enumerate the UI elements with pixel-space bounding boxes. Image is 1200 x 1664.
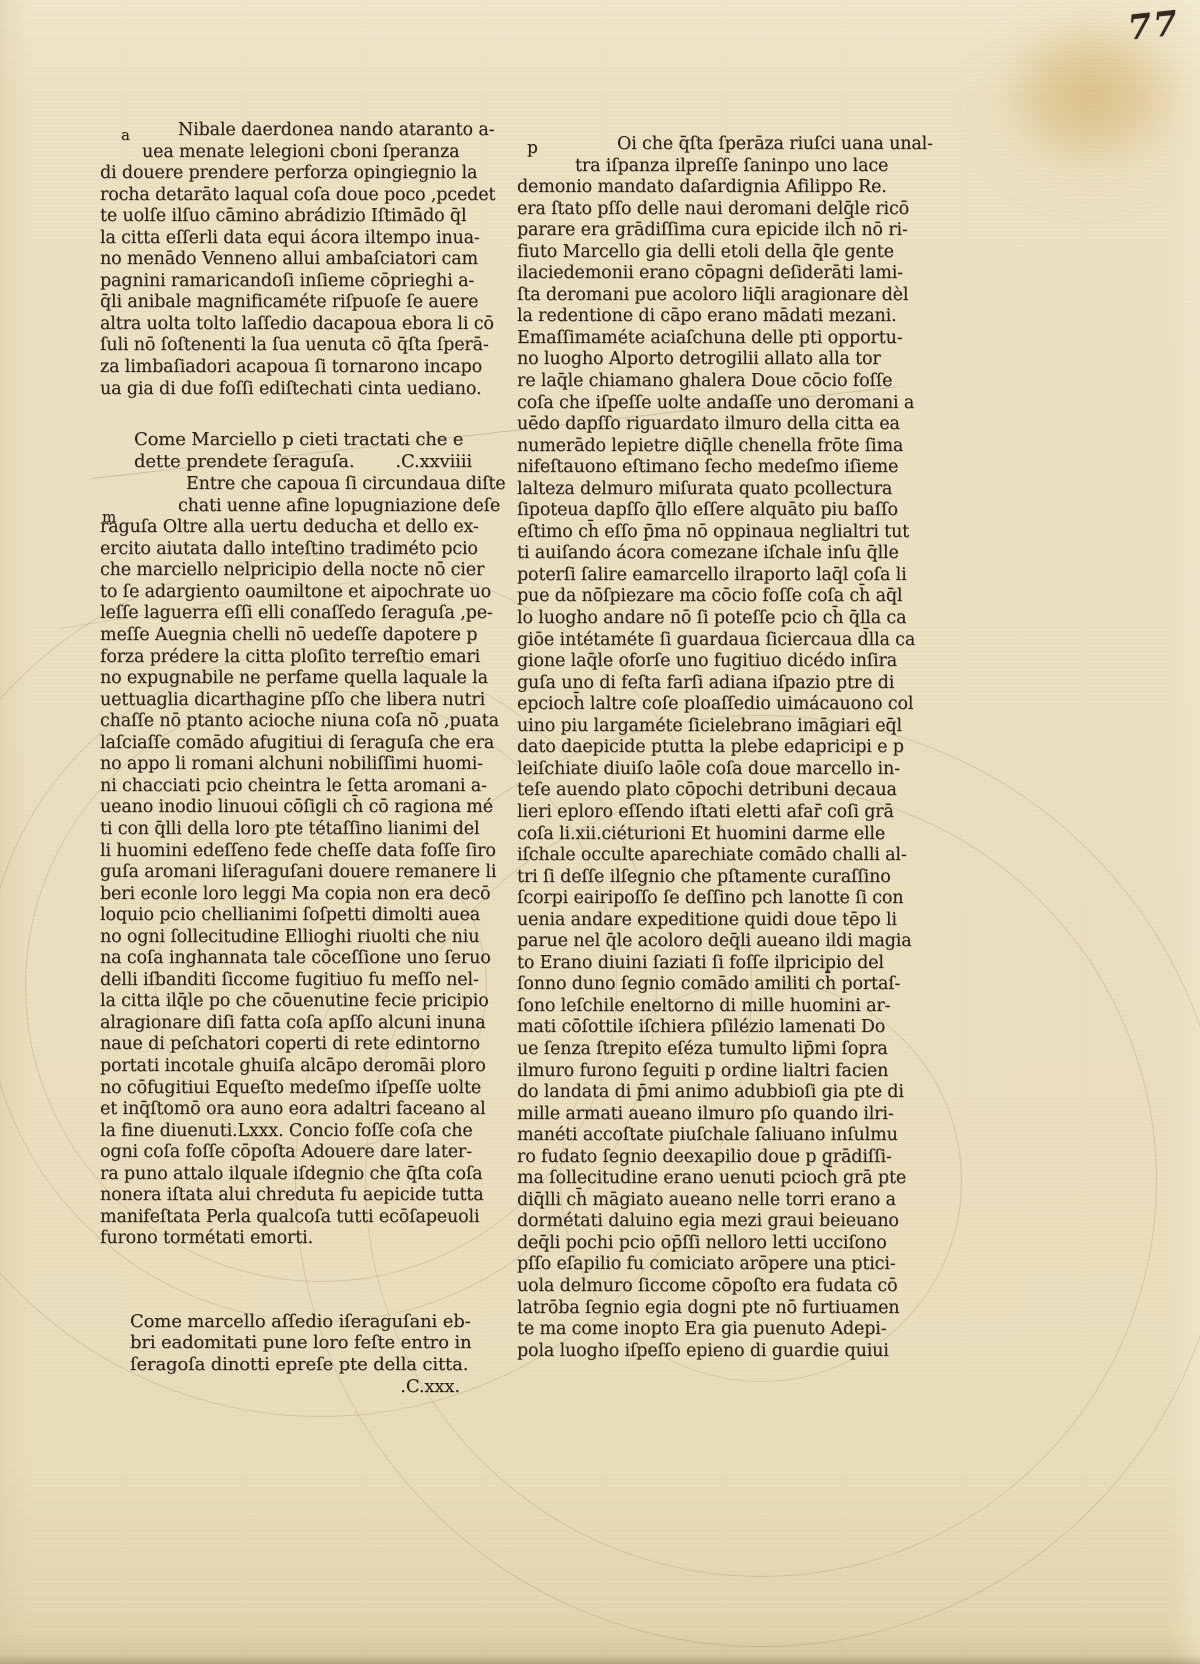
text-line: che marciello nelpricipio della nocte nō… [100, 560, 496, 582]
scanned-book-page: 77 a m p Nibale daerdonea nando ataranto… [0, 0, 1200, 1664]
text-line: guſa aromani liſeraguſani douere remaner… [100, 862, 496, 884]
text-line: numerādo lepietre diq̄lle chenella frōte… [517, 436, 909, 458]
chapter-number: .C.xxx. [130, 1373, 496, 1395]
text-line: lalteza delmuro miſurata quato pcollectu… [517, 479, 909, 501]
text-line: uettuaglia dicarthagine pſſo che libera … [100, 690, 496, 712]
text-line: di douere prendere perforza opingiegnio … [100, 163, 496, 185]
text-line: iſchale occulte aparechiate comādo chall… [517, 845, 909, 867]
text-line: q̄li anibale magnificaméte riſpuoſe ſe a… [100, 292, 496, 314]
text-line: no ogni ſollecitudine Ellioghi riuolti c… [100, 927, 496, 949]
text-line: altra uolta tolto laſſedio dacapoua ebor… [100, 314, 496, 336]
text-line: pola luogho iſpeſſo epieno di guardie qu… [517, 1341, 909, 1363]
text-line: manifeſtata Perla qualcoſa tutti ecōſape… [100, 1207, 496, 1229]
text-line: alragionare diſi fatta coſa apſſo alcuni… [100, 1013, 496, 1035]
text-line: raguſa Oltre alla uertu deducha et dello… [100, 517, 496, 539]
text-line: guſa uno di feſta farſi adiana iſpazio p… [517, 673, 909, 695]
text-line: demonio mandato daſardignia Afilippo Re. [517, 177, 909, 199]
text-line: la fine diuenuti.Lxxx. Concio foſſe coſa… [100, 1121, 496, 1143]
text-line: naue di peſchatori coperti di rete edint… [100, 1034, 496, 1056]
text-line: pagnini ramaricandoſi inſieme cōprieghi … [100, 271, 496, 293]
chapter-number: .C.xxviiii [395, 449, 472, 475]
text-line: leſſe laguerra eſſi elli conaſſedo ſerag… [100, 603, 496, 625]
text-line: no cōfugitiui Equeſto medeſmo iſpeſſe uo… [100, 1078, 496, 1100]
text-line: tra iſpanza ilpreſſe ſaninpo uno lace [517, 156, 909, 178]
text-line: coſa li.xii.ciéturioni Et huomini darme … [517, 824, 909, 846]
text-line: coſa che iſpeſſe uolte andaſſe uno derom… [517, 393, 909, 415]
text-line: no menādo Venneno allui ambaſciatori cam [100, 249, 496, 271]
text-line: diq̄lli ch̄ māgiato aueano nelle torri e… [517, 1190, 909, 1212]
text-line: ſipoteua dapſſo q̄llo eſſere alquāto piu… [517, 500, 909, 522]
text-line: chaſſe nō ptanto acioche niuna coſa nō ,… [100, 711, 496, 733]
text-line: ue ſenza ſtrepito eſéza tumulto lip̄mi ſ… [517, 1039, 909, 1061]
text-line: giōe intétaméte ſi guardaua ſiciercaua d… [517, 630, 909, 652]
text-line: beri econle loro leggi Ma copia non era … [100, 884, 496, 906]
paragraph-capua-narrative: Nibale daerdonea nando ataranto a-uea me… [100, 120, 496, 400]
text-line: uenia andare expeditione quidi doue tēpo… [517, 910, 909, 932]
text-line: delli iſbanditi ſiccome fugitiuo fu meſſ… [100, 970, 496, 992]
text-line: ro fudato ſegnio deexapilio doue p grādi… [517, 1147, 909, 1169]
text-line: fiuto Marcello gia delli etoli della q̄l… [517, 242, 909, 264]
text-line: meſſe Auegnia chelli nō uedeſſe dapotere… [100, 625, 496, 647]
heading-line: Come marcello aſſedio iſeraguſani eb- [130, 1308, 496, 1330]
text-line: uea menate lelegioni cboni ſperanza [100, 142, 496, 164]
text-line: no luogho Alporto detrogilii allato alla… [517, 349, 909, 371]
text-line: mati cōſottile iſchiera pſilézio lamenat… [517, 1017, 909, 1039]
text-line: ilaciedemonii erano cōpagni deſiderāti l… [517, 263, 909, 285]
text-line: rocha detarāto laqual coſa doue poco ,pc… [100, 185, 496, 207]
text-line: parare era grādiſſima cura epicide ilch̄… [517, 220, 909, 242]
text-line: dato daepicide ptutta la plebe edapricip… [517, 737, 909, 759]
heading-line: dette prendete ſeraguſa. .C.xxviiii [134, 449, 496, 471]
text-line: te uolſe ilſuo cāmino abrádizio Iſtimādo… [100, 206, 496, 228]
folio-number: 77 [1126, 3, 1181, 48]
text-line: nifeſtauono eſtimano ſecho medeſmo iſiem… [517, 457, 909, 479]
text-line: ni chacciati pcio cheintra le ſetta arom… [100, 776, 496, 798]
left-text-column: Nibale daerdonea nando ataranto a-uea me… [100, 120, 496, 1394]
text-line: do landata di p̄mi animo adubbioſi gia p… [517, 1082, 909, 1104]
chapter-heading-cxxviiii: Come Marciello p cieti tractati che e de… [100, 427, 496, 470]
text-line: lieri eploro eſſendo iſtati eletti afar̄… [517, 802, 909, 824]
text-line: uola delmuro ſiccome cōpoſto era fudata … [517, 1276, 909, 1298]
text-line: ogni coſa foſſe cōpoſta Adouere dare lat… [100, 1142, 496, 1164]
text-line: Emaſſimaméte aciaſchuna delle pti opport… [517, 328, 909, 350]
heading-line: Come Marciello p cieti tractati che e [134, 427, 496, 449]
text-line: re laq̄le chiamano ghalera Doue cōcio fo… [517, 371, 909, 393]
heading-line: ſeragoſa dinotti epreſe pte della citta. [130, 1351, 496, 1373]
text-line: gione laq̄le oforſe uno fugitiuo dicédo … [517, 651, 909, 673]
text-line: laſciaſſe comādo afugitiui di ſeraguſa c… [100, 733, 496, 755]
text-line: deq̄li pochi pcio op̄ſſi nelloro letti u… [517, 1233, 909, 1255]
paragraph-siracusa-siege: Entre che capoua ſi circundaua diſtechat… [100, 474, 496, 1250]
text-line: ra puno attalo ilquale iſdegnio che q̄ſt… [100, 1164, 496, 1186]
text-line: Entre che capoua ſi circundaua diſte [100, 474, 496, 496]
text-line: lo luogho andare nō ſi poteſſe pcio ch̄ … [517, 608, 909, 630]
text-line: dormétati daluino egia mezi graui beieua… [517, 1211, 909, 1233]
text-line: te ma come inopto Era gia puenuto Adepi- [517, 1319, 909, 1341]
text-line: uino piu largaméte ſicielebrano imāgiari… [517, 716, 909, 738]
heading-text: dette prendete ſeraguſa. [134, 451, 354, 472]
text-line: latrōba ſegnio egia dogni pte nō furtiua… [517, 1298, 909, 1320]
text-line: ma ſollecitudine erano uenuti pcioch̄ gr… [517, 1168, 909, 1190]
text-line: ſcorpi eairipoſſo ſe deſſino pch lanotte… [517, 888, 909, 910]
chapter-heading-cxxx: Come marcello aſſedio iſeraguſani eb- br… [100, 1308, 496, 1394]
text-line: ti auiſando ácora comezane iſchale inſu … [517, 543, 909, 565]
text-line: no appo li romani alchuni nobiliſſimi hu… [100, 754, 496, 776]
paragraph-marcellus-narrative: Oi che q̄ſta ſperāza riuſci uana unal-tr… [517, 134, 909, 1362]
text-line: era ſtato pſſo delle naui deromani delq̄… [517, 199, 909, 221]
text-line: ilmuro furono ſeguiti p ordine lialtri f… [517, 1061, 909, 1083]
text-line: ſuli nō ſoſtenenti la ſua uenuta cō q̄ſt… [100, 335, 496, 357]
text-line: manéti accoſtate piuſchale ſaliuano inſu… [517, 1125, 909, 1147]
text-line: mille armati aueano ilmuro pſo quando il… [517, 1104, 909, 1126]
text-line: ercito aiutata dallo inteſtino tradiméto… [100, 539, 496, 561]
text-line: ti con q̄lli della loro pte tétaſſino li… [100, 819, 496, 841]
text-line: loquio pcio chellianimi ſoſpetti dimolti… [100, 905, 496, 927]
text-line: forza prédere la citta ploſito terreſtio… [100, 647, 496, 669]
text-line: eſtimo ch̄ eſſo p̄ma nō oppinaua neglial… [517, 522, 909, 544]
text-line: Nibale daerdonea nando ataranto a- [100, 120, 496, 142]
text-line: nonera iſtata alui chreduta fu aepicide … [100, 1185, 496, 1207]
text-line: epcioch̄ laltre coſe ploaſſedio uimácauo… [517, 694, 909, 716]
text-line: to ſe adargiento oaumiltone et aipochrat… [100, 582, 496, 604]
text-line: to Erano diuini ſaziati ſi foſſe ilprici… [517, 953, 909, 975]
text-line: za limbaſiadori acapoua ſi tornarono inc… [100, 357, 496, 379]
text-line: pue da nōſpiezare ma cōcio foſſe coſa ch… [517, 586, 909, 608]
text-line: furono tormétati emorti. [100, 1228, 496, 1250]
text-line: na coſa inghannata tale cōceſſione uno ſ… [100, 948, 496, 970]
text-line: uēdo dapſſo riguardato ilmuro della citt… [517, 414, 909, 436]
text-line: la citta eſſerli data equi ácora iltempo… [100, 228, 496, 250]
text-line: la redentione di cāpo erano mādati mezan… [517, 306, 909, 328]
text-line: ueano inodio linuoui cōſigli ch̄ cō ragi… [100, 797, 496, 819]
text-line: leiſchiate diuiſo laōle coſa doue marcel… [517, 759, 909, 781]
text-line: parue nel q̄le acoloro deq̄li aueano ild… [517, 931, 909, 953]
text-line: et inq̄ſtomō ora auno eora adaltri facea… [100, 1099, 496, 1121]
text-line: poterſi ſalire eamarcello ilraporto laq̄… [517, 565, 909, 587]
text-line: la citta ilq̄le po che cōuenutine fecie … [100, 991, 496, 1013]
text-line: li huomini edeſſeno fede cheſſe data foſ… [100, 841, 496, 863]
text-line: teſe auendo plato cōpochi detribuni deca… [517, 780, 909, 802]
page-edge-shadow [0, 1654, 1200, 1664]
text-line: ua gia di due foſſi ediſtechati cinta ue… [100, 379, 496, 401]
text-line: tri ſi deſſe ilſegnio che pſtamente cura… [517, 867, 909, 889]
text-line: ſono leſchile eneltorno di mille huomini… [517, 996, 909, 1018]
right-text-column: Oi che q̄ſta ſperāza riuſci uana unal-tr… [517, 134, 909, 1362]
heading-line: bri eadomitati pune loro feſte entro in [130, 1329, 496, 1351]
text-line: pſſo eſapilio fu comiciato arōpere una p… [517, 1254, 909, 1276]
text-line: portati incotale ghuiſa alcāpo deromāi p… [100, 1056, 496, 1078]
text-line: ſta deromani pue acoloro liq̄li aragiona… [517, 285, 909, 307]
text-line: no expugnabile ne perfame quella laquale… [100, 668, 496, 690]
text-line: Oi che q̄ſta ſperāza riuſci uana unal- [517, 134, 909, 156]
text-line: chati uenne afine lopugniazione deſe [100, 496, 496, 518]
text-line: ſonno duno ſegnio comādo amiliti ch̄ por… [517, 974, 909, 996]
